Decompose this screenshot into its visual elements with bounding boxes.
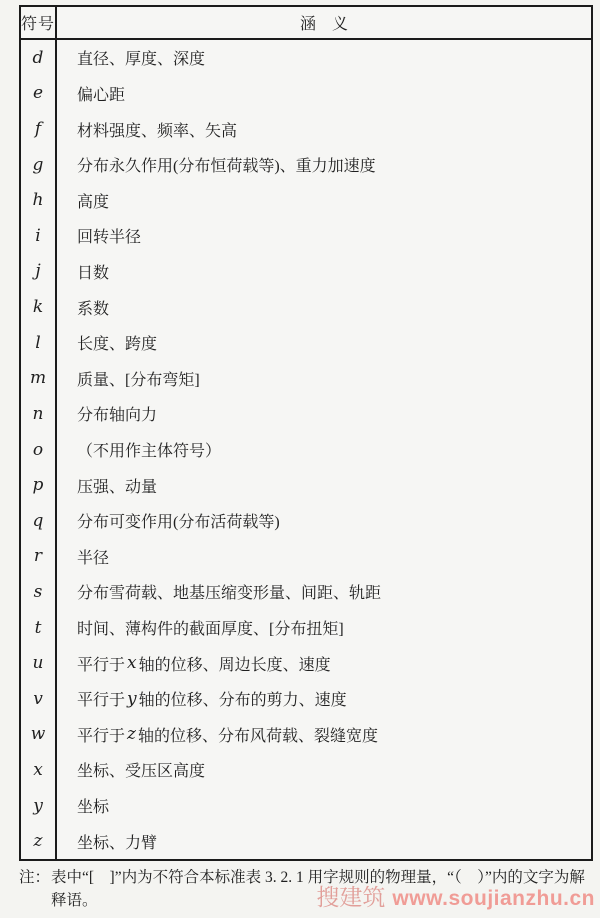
meaning-text: 轴的位移、分布风荷载、裂缝宽度 [138, 723, 378, 746]
meaning-text: 质量、[分布弯矩] [77, 367, 200, 390]
symbol-cell: l [21, 325, 57, 361]
table-row: h高度 [21, 182, 591, 218]
symbol-cell: j [21, 254, 57, 290]
symbol-cell: p [21, 467, 57, 503]
math-variable: x [125, 653, 139, 673]
meaning-cell: 分布可变作用(分布活荷载等) [57, 503, 591, 539]
meaning-cell: 长度、跨度 [57, 325, 591, 361]
symbol-cell: s [21, 574, 57, 610]
symbol-cell: z [21, 823, 57, 859]
meaning-cell: 坐标、受压区高度 [57, 752, 591, 788]
meaning-text: 日数 [77, 260, 109, 283]
footnote: 注： 表中“[ ]”内为不符合本标准表 3. 2. 1 用字规则的物理量，“（ … [19, 866, 591, 912]
header-cell-symbol: 符号 [21, 7, 57, 38]
table-row: r半径 [21, 539, 591, 575]
symbol-cell: t [21, 610, 57, 646]
meaning-text: 分布永久作用(分布恒荷载等)、重力加速度 [77, 153, 376, 176]
table-row: t时间、薄构件的截面厚度、[分布扭矩] [21, 610, 591, 646]
meaning-text: 分布雪荷载、地基压缩变形量、间距、轨距 [77, 580, 381, 603]
header-cell-meaning: 涵 义 [57, 7, 591, 38]
math-variable: y [125, 689, 139, 709]
meaning-text: 分布可变作用(分布活荷载等) [77, 509, 280, 532]
meaning-cell: 日数 [57, 254, 591, 290]
meaning-cell: 分布永久作用(分布恒荷载等)、重力加速度 [57, 147, 591, 183]
meaning-cell: 材料强度、频率、矢高 [57, 111, 591, 147]
table-row: g分布永久作用(分布恒荷载等)、重力加速度 [21, 147, 591, 183]
meaning-text: 长度、跨度 [77, 331, 157, 354]
symbol-cell: g [21, 147, 57, 183]
meaning-cell: 时间、薄构件的截面厚度、[分布扭矩] [57, 610, 591, 646]
symbol-cell: e [21, 76, 57, 112]
symbol-cell: w [21, 717, 57, 753]
meaning-text: 高度 [77, 189, 109, 212]
meaning-text: 平行于 [77, 723, 125, 746]
meaning-text: 分布轴向力 [77, 402, 157, 425]
symbol-meaning-table: 符号 涵 义 d直径、厚度、深度e偏心距f材料强度、频率、矢高g分布永久作用(分… [19, 5, 593, 861]
table-row: x坐标、受压区高度 [21, 752, 591, 788]
meaning-cell: 坐标、力臂 [57, 823, 591, 859]
table-row: m质量、[分布弯矩] [21, 360, 591, 396]
meaning-cell: 高度 [57, 182, 591, 218]
table-row: y坐标 [21, 788, 591, 824]
meaning-cell: 分布轴向力 [57, 396, 591, 432]
footnote-label: 注： [19, 866, 51, 912]
meaning-cell: 回转半径 [57, 218, 591, 254]
table-row: e偏心距 [21, 76, 591, 112]
table-row: k系数 [21, 289, 591, 325]
meaning-text: 回转半径 [77, 224, 141, 247]
symbol-cell: n [21, 396, 57, 432]
table-row: u平行于 x 轴的位移、周边长度、速度 [21, 645, 591, 681]
meaning-text: （不用作主体符号） [77, 438, 221, 461]
table-row: q分布可变作用(分布活荷载等) [21, 503, 591, 539]
meaning-cell: 压强、动量 [57, 467, 591, 503]
meaning-cell: 直径、厚度、深度 [57, 40, 591, 76]
meaning-text: 坐标、受压区高度 [77, 758, 205, 781]
meaning-text: 轴的位移、周边长度、速度 [139, 652, 331, 675]
table-row: z坐标、力臂 [21, 823, 591, 859]
meaning-text: 偏心距 [77, 82, 125, 105]
symbol-cell: u [21, 645, 57, 681]
meaning-text: 轴的位移、分布的剪力、速度 [139, 687, 347, 710]
symbol-cell: q [21, 503, 57, 539]
meaning-cell: 系数 [57, 289, 591, 325]
table-row: f材料强度、频率、矢高 [21, 111, 591, 147]
footnote-text: 表中“[ ]”内为不符合本标准表 3. 2. 1 用字规则的物理量，“（ ）”内… [51, 866, 591, 912]
table-row: d直径、厚度、深度 [21, 40, 591, 76]
meaning-cell: （不用作主体符号） [57, 432, 591, 468]
table-row: j日数 [21, 254, 591, 290]
symbol-cell: h [21, 182, 57, 218]
table-row: l长度、跨度 [21, 325, 591, 361]
table-body: d直径、厚度、深度e偏心距f材料强度、频率、矢高g分布永久作用(分布恒荷载等)、… [21, 40, 591, 859]
meaning-cell: 平行于 z 轴的位移、分布风荷载、裂缝宽度 [57, 717, 591, 753]
meaning-text: 半径 [77, 545, 109, 568]
table-row: p压强、动量 [21, 467, 591, 503]
meaning-cell: 坐标 [57, 788, 591, 824]
table-header-row: 符号 涵 义 [21, 7, 591, 40]
table-row: w平行于 z 轴的位移、分布风荷载、裂缝宽度 [21, 717, 591, 753]
meaning-cell: 平行于 x 轴的位移、周边长度、速度 [57, 645, 591, 681]
symbol-cell: k [21, 289, 57, 325]
meaning-text: 压强、动量 [77, 474, 157, 497]
meaning-text: 系数 [77, 296, 109, 319]
meaning-text: 材料强度、频率、矢高 [77, 118, 237, 141]
symbol-cell: f [21, 111, 57, 147]
symbol-cell: m [21, 360, 57, 396]
symbol-cell: d [21, 40, 57, 76]
math-variable: z [125, 724, 138, 744]
meaning-text: 平行于 [77, 652, 125, 675]
meaning-text: 坐标 [77, 794, 109, 817]
document-page: 符号 涵 义 d直径、厚度、深度e偏心距f材料强度、频率、矢高g分布永久作用(分… [0, 0, 600, 918]
meaning-cell: 分布雪荷载、地基压缩变形量、间距、轨距 [57, 574, 591, 610]
symbol-cell: o [21, 432, 57, 468]
meaning-text: 坐标、力臂 [77, 830, 157, 853]
meaning-cell: 偏心距 [57, 76, 591, 112]
symbol-cell: x [21, 752, 57, 788]
meaning-cell: 半径 [57, 539, 591, 575]
table-row: i回转半径 [21, 218, 591, 254]
meaning-text: 平行于 [77, 687, 125, 710]
meaning-text: 直径、厚度、深度 [77, 46, 205, 69]
meaning-cell: 质量、[分布弯矩] [57, 360, 591, 396]
meaning-text: 时间、薄构件的截面厚度、[分布扭矩] [77, 616, 344, 639]
table-row: n分布轴向力 [21, 396, 591, 432]
symbol-cell: r [21, 539, 57, 575]
symbol-cell: v [21, 681, 57, 717]
symbol-cell: y [21, 788, 57, 824]
table-row: s分布雪荷载、地基压缩变形量、间距、轨距 [21, 574, 591, 610]
table-row: o（不用作主体符号） [21, 432, 591, 468]
meaning-cell: 平行于 y 轴的位移、分布的剪力、速度 [57, 681, 591, 717]
table-row: v平行于 y 轴的位移、分布的剪力、速度 [21, 681, 591, 717]
symbol-cell: i [21, 218, 57, 254]
